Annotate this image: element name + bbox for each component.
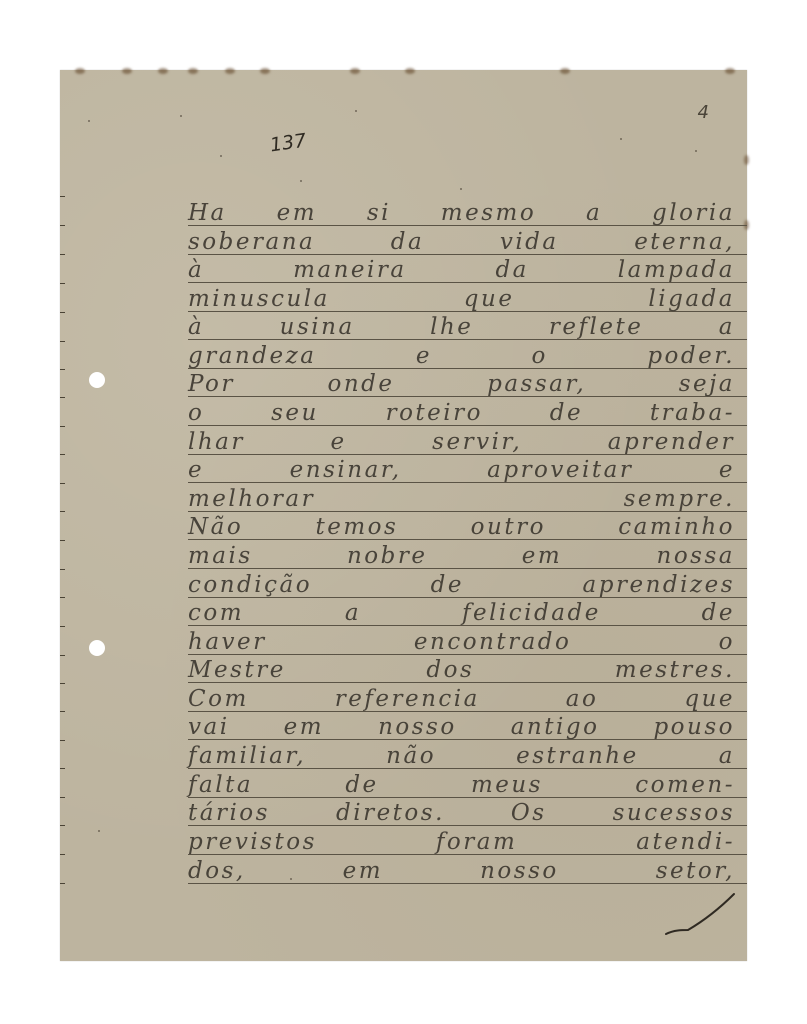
stain-mark xyxy=(744,155,749,165)
edge-tick xyxy=(60,341,65,342)
edge-tick xyxy=(60,569,65,570)
archive-number: 137 xyxy=(269,130,308,157)
edge-tick xyxy=(60,768,65,769)
top-edge-stains xyxy=(60,68,747,76)
edge-tick xyxy=(60,225,65,226)
paper-speck xyxy=(220,155,222,157)
edge-tick xyxy=(60,283,65,284)
edge-tick xyxy=(60,740,65,741)
paper-speck xyxy=(88,120,90,122)
punch-hole xyxy=(89,372,105,388)
edge-tick xyxy=(60,196,65,197)
stain-mark xyxy=(405,68,415,74)
text-line: falta de meus comen- xyxy=(188,771,735,799)
stain-mark xyxy=(350,68,360,74)
text-line: Por onde passar, seja xyxy=(188,370,735,398)
edge-tick xyxy=(60,540,65,541)
edge-tick xyxy=(60,597,65,598)
stain-mark xyxy=(188,68,198,74)
text-line: minuscula que ligada xyxy=(188,285,735,313)
stain-mark xyxy=(158,68,168,74)
paper-speck xyxy=(695,150,697,152)
edge-tick xyxy=(60,426,65,427)
paper-speck xyxy=(620,138,622,140)
edge-tick xyxy=(60,369,65,370)
text-line: Ha em si mesmo a gloria xyxy=(188,199,735,227)
text-line: com a felicidade de xyxy=(188,599,735,627)
edge-tick xyxy=(60,483,65,484)
paper-speck xyxy=(180,115,182,117)
stain-mark xyxy=(725,68,735,74)
text-line: soberana da vida eterna, xyxy=(188,228,735,256)
text-line: tários diretos. Os sucessos xyxy=(188,799,735,827)
text-line: e ensinar, aproveitar e xyxy=(188,456,735,484)
manuscript-page: 4 137 xyxy=(60,70,747,961)
text-line: condição de aprendizes xyxy=(188,571,735,599)
edge-tick xyxy=(60,825,65,826)
paper-speck xyxy=(300,180,302,182)
edge-tick xyxy=(60,454,65,455)
edge-tick xyxy=(60,797,65,798)
text-line: o seu roteiro de traba- xyxy=(188,399,735,427)
edge-tick xyxy=(60,254,65,255)
edge-tick xyxy=(60,312,65,313)
text-line: familiar, não estranhe a xyxy=(188,742,735,770)
stain-mark xyxy=(122,68,132,74)
edge-tick xyxy=(60,854,65,855)
punch-hole xyxy=(89,640,105,656)
edge-tick xyxy=(60,397,65,398)
paper-speck xyxy=(460,188,462,190)
edge-tick xyxy=(60,511,65,512)
stain-mark xyxy=(260,68,270,74)
edge-tick xyxy=(60,626,65,627)
text-line: melhorar sempre. xyxy=(188,485,735,513)
text-line: vai em nosso antigo pouso xyxy=(188,713,735,741)
stain-mark xyxy=(75,68,85,74)
text-line: Com referencia ao que xyxy=(188,685,735,713)
stain-mark xyxy=(225,68,235,74)
edge-tick xyxy=(60,711,65,712)
checkmark-icon xyxy=(660,890,740,940)
edge-tick xyxy=(60,883,65,884)
text-line: Mestre dos mestres. xyxy=(188,656,735,684)
paper-speck xyxy=(355,110,357,112)
stain-mark xyxy=(560,68,570,74)
text-line: à usina lhe reflete a xyxy=(188,313,735,341)
text-line: à maneira da lampada xyxy=(188,256,735,284)
text-line: mais nobre em nossa xyxy=(188,542,735,570)
page-number: 4 xyxy=(698,102,709,123)
text-line: Não temos outro caminho xyxy=(188,513,735,541)
text-line: grandeza e o poder. xyxy=(188,342,735,370)
edge-tick xyxy=(60,655,65,656)
text-line: previstos foram atendi- xyxy=(188,828,735,856)
paper-speck xyxy=(98,830,100,832)
edge-tick xyxy=(60,683,65,684)
text-line: haver encontrado o xyxy=(188,628,735,656)
text-line: dos, em nosso setor, xyxy=(188,857,735,885)
text-line: lhar e servir, aprender xyxy=(188,428,735,456)
